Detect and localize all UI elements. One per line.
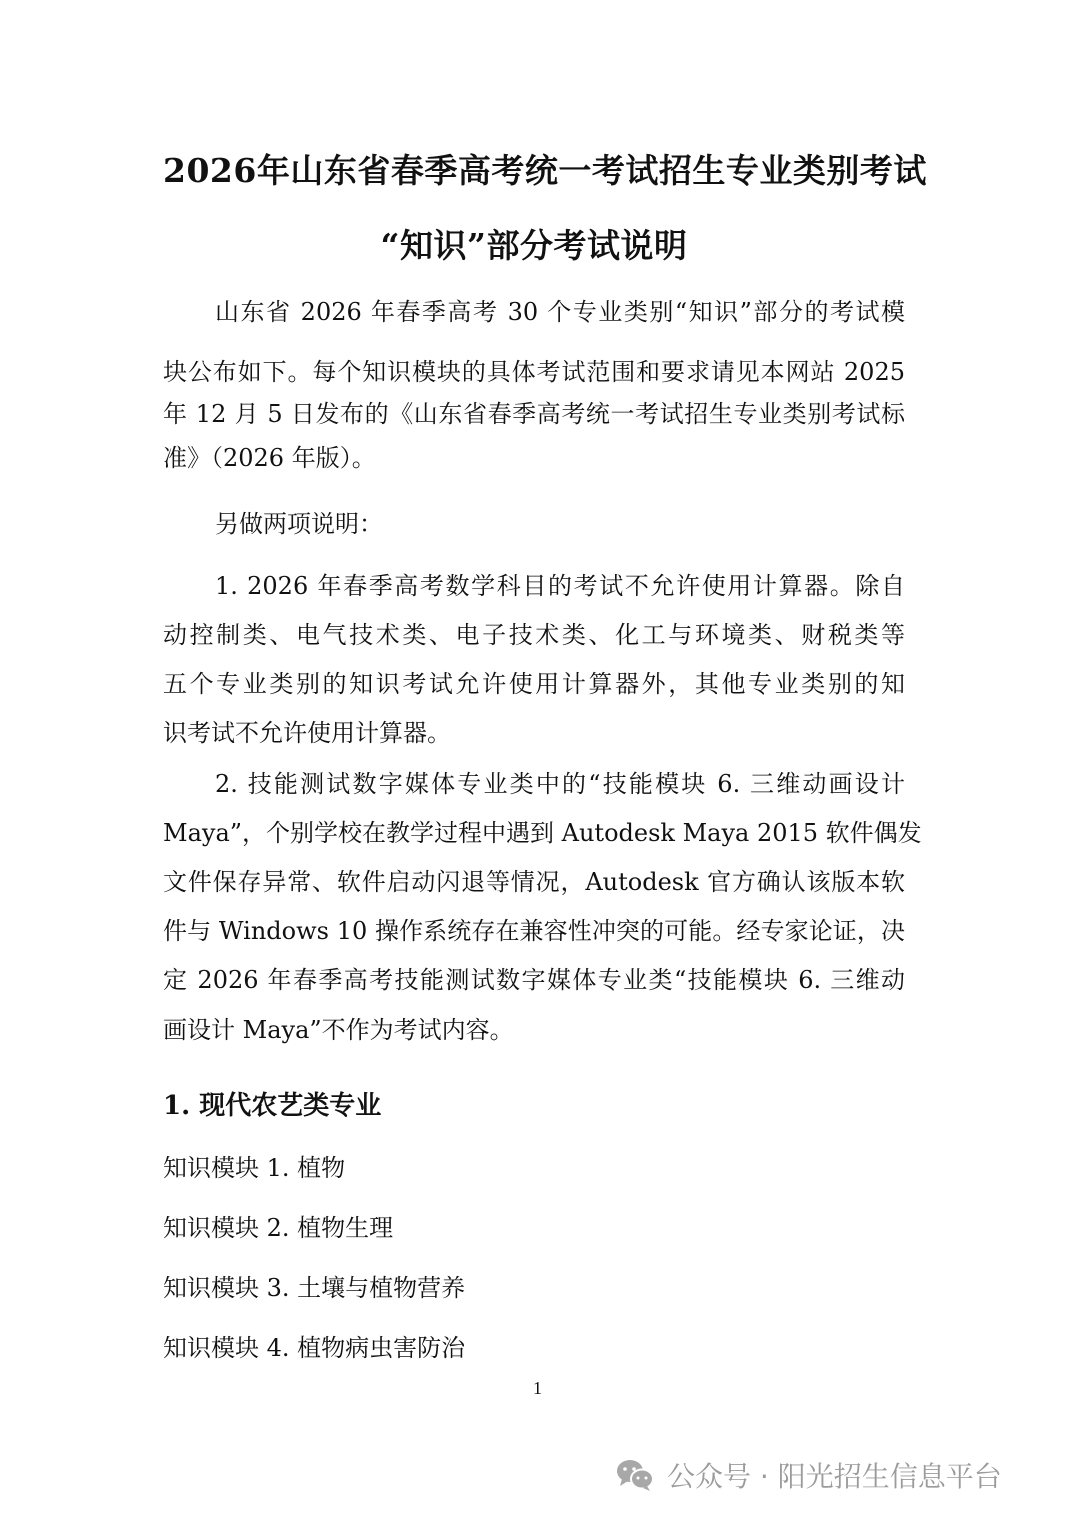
note-2-line: Maya”，个别学校在教学过程中遇到 Autodesk Maya 2015 软件… (163, 817, 905, 849)
module-item: 知识模块 2. 植物生理 (163, 1208, 393, 1243)
page-number: 1 (533, 1378, 542, 1399)
intro-line: 准》（2026 年版）。 (163, 442, 905, 474)
note-1-line: 识考试不允许使用计算器。 (163, 717, 905, 749)
note-1-line: 1. 2026 年春季高考数学科目的考试不允许使用计算器。除自 (163, 570, 905, 602)
note-1-line: 动控制类、电气技术类、电子技术类、化工与环境类、财税类等 (163, 619, 905, 651)
watermark-text: 公众号 · 阳光招生信息平台 (667, 1455, 1002, 1495)
intro-line: 年 12 月 5 日发布的《山东省春季高考统一考试招生专业类别考试标 (163, 398, 905, 430)
intro-line: 块公布如下。每个知识模块的具体考试范围和要求请见本网站 2025 (163, 356, 905, 388)
note-2-line: 画设计 Maya”不作为考试内容。 (163, 1014, 905, 1046)
notes-intro: 另做两项说明： (163, 508, 905, 540)
document-page: 2026年山东省春季高考统一考试招生专业类别考试 “知识”部分考试说明 山东省 … (0, 0, 1080, 1527)
module-item: 知识模块 3. 土壤与植物营养 (163, 1268, 465, 1303)
note-1-line: 五个专业类别的知识考试允许使用计算器外，其他专业类别的知 (163, 668, 905, 700)
wechat-icon (615, 1458, 655, 1492)
watermark: 公众号 · 阳光招生信息平台 (615, 1455, 1002, 1495)
section-heading: 1. 现代农艺类专业 (163, 1085, 381, 1122)
note-2-line: 文件保存异常、软件启动闪退等情况，Autodesk 官方确认该版本软 (163, 866, 905, 898)
document-title-line-2: “知识”部分考试说明 (163, 220, 905, 267)
module-item: 知识模块 4. 植物病虫害防治 (163, 1328, 465, 1363)
document-title-line-1: 2026年山东省春季高考统一考试招生专业类别考试 (163, 145, 905, 192)
note-2-line: 2. 技能测试数字媒体专业类中的“技能模块 6. 三维动画设计 (163, 768, 905, 800)
module-item: 知识模块 1. 植物 (163, 1148, 345, 1183)
note-2-line: 件与 Windows 10 操作系统存在兼容性冲突的可能。经专家论证，决 (163, 915, 905, 947)
intro-line: 山东省 2026 年春季高考 30 个专业类别“知识”部分的考试模 (163, 296, 905, 328)
note-2-line: 定 2026 年春季高考技能测试数字媒体专业类“技能模块 6. 三维动 (163, 964, 905, 996)
